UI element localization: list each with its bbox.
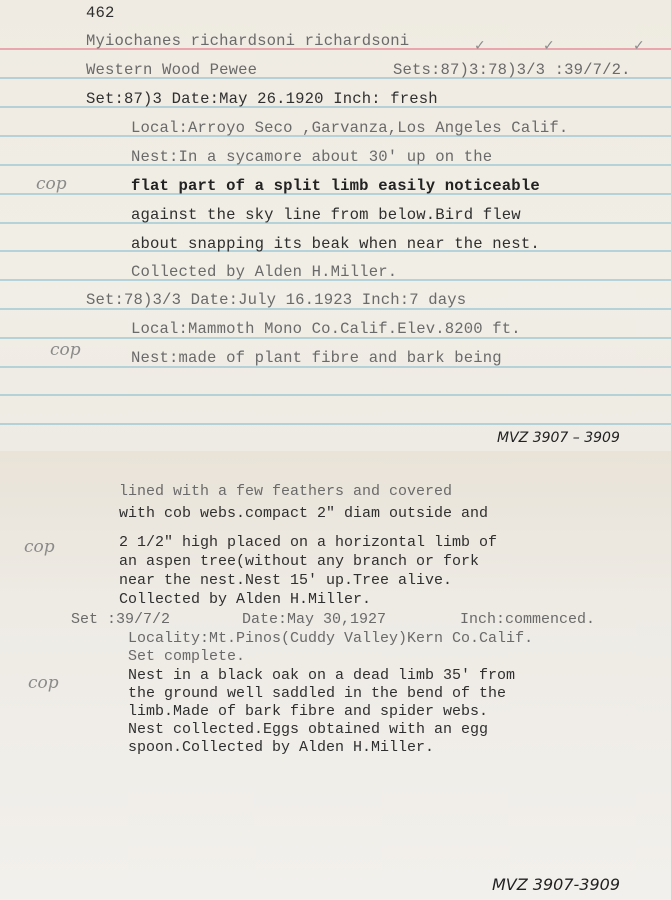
set1-nest-line: Nest:In a sycamore about 30' up on the — [131, 148, 492, 166]
set1-nest-line: flat part of a split limb easily noticea… — [131, 177, 540, 195]
set3-line: Nest collected.Eggs obtained with an egg — [128, 721, 488, 738]
checkmark-icon: ✓ — [543, 38, 555, 54]
set1-locality: Local:Arroyo Seco ,Garvanza,Los Angeles … — [131, 119, 568, 137]
margin-mark-cop: cop — [50, 340, 81, 360]
set1-header: Set:87)3 Date:May 26.1920 Inch: fresh — [86, 90, 438, 108]
set1-collector: Collected by Alden H.Miller. — [131, 263, 397, 281]
continuation-line: near the nest.Nest 15' up.Tree alive. — [119, 572, 452, 589]
bottom-card: lined with a few feathers and covered wi… — [0, 451, 671, 900]
blue-rule — [0, 423, 671, 425]
margin-mark-cop: cop — [28, 673, 59, 693]
checkmark-icon: ✓ — [474, 38, 486, 54]
margin-mark-cop: cop — [24, 537, 55, 557]
set2-locality: Local:Mammoth Mono Co.Calif.Elev.8200 ft… — [131, 320, 521, 338]
margin-mark-cop: cop — [36, 174, 67, 194]
set3-line: Nest in a black oak on a dead limb 35' f… — [128, 667, 515, 684]
set1-nest-line: against the sky line from below.Bird fle… — [131, 206, 521, 224]
set2-nest-line: Nest:made of plant fibre and bark being — [131, 349, 502, 367]
set2-header: Set:78)3/3 Date:July 16.1923 Inch:7 days — [86, 291, 466, 309]
set3-date: Date:May 30,1927 — [242, 611, 386, 628]
sets-summary: Sets:87)3:78)3/3 :39/7/2. — [393, 61, 631, 79]
scientific-name: Myiochanes richardsoni richardsoni — [86, 32, 409, 50]
catalog-number-label: MVZ 3907 – 3909 — [497, 430, 620, 446]
common-name: Western Wood Pewee — [86, 61, 257, 79]
continuation-line: lined with a few feathers and covered — [119, 483, 452, 500]
set3-label: Set :39/7/2 — [71, 611, 170, 628]
continuation-line: an aspen tree(without any branch or fork — [119, 553, 479, 570]
blue-rule — [0, 394, 671, 396]
top-card: 462 Myiochanes richardsoni richardsoni W… — [0, 0, 671, 451]
continuation-line: with cob webs.compact 2" diam outside an… — [119, 505, 488, 522]
set3-incubation: Inch:commenced. — [460, 611, 595, 628]
continuation-line: 2 1/2" high placed on a horizontal limb … — [119, 534, 497, 551]
card-number: 462 — [86, 4, 115, 22]
set1-nest-line: about snapping its beak when near the ne… — [131, 235, 540, 253]
set3-line: spoon.Collected by Alden H.Miller. — [128, 739, 434, 756]
set3-line: Set complete. — [128, 648, 245, 665]
set3-line: limb.Made of bark fibre and spider webs. — [128, 703, 488, 720]
set3-locality: Locality:Mt.Pinos(Cuddy Valley)Kern Co.C… — [128, 630, 533, 647]
set3-line: the ground well saddled in the bend of t… — [128, 685, 506, 702]
continuation-line: Collected by Alden H.Miller. — [119, 591, 371, 608]
catalog-number-label: MVZ 3907-3909 — [492, 875, 620, 894]
checkmark-icon: ✓ — [633, 38, 645, 54]
